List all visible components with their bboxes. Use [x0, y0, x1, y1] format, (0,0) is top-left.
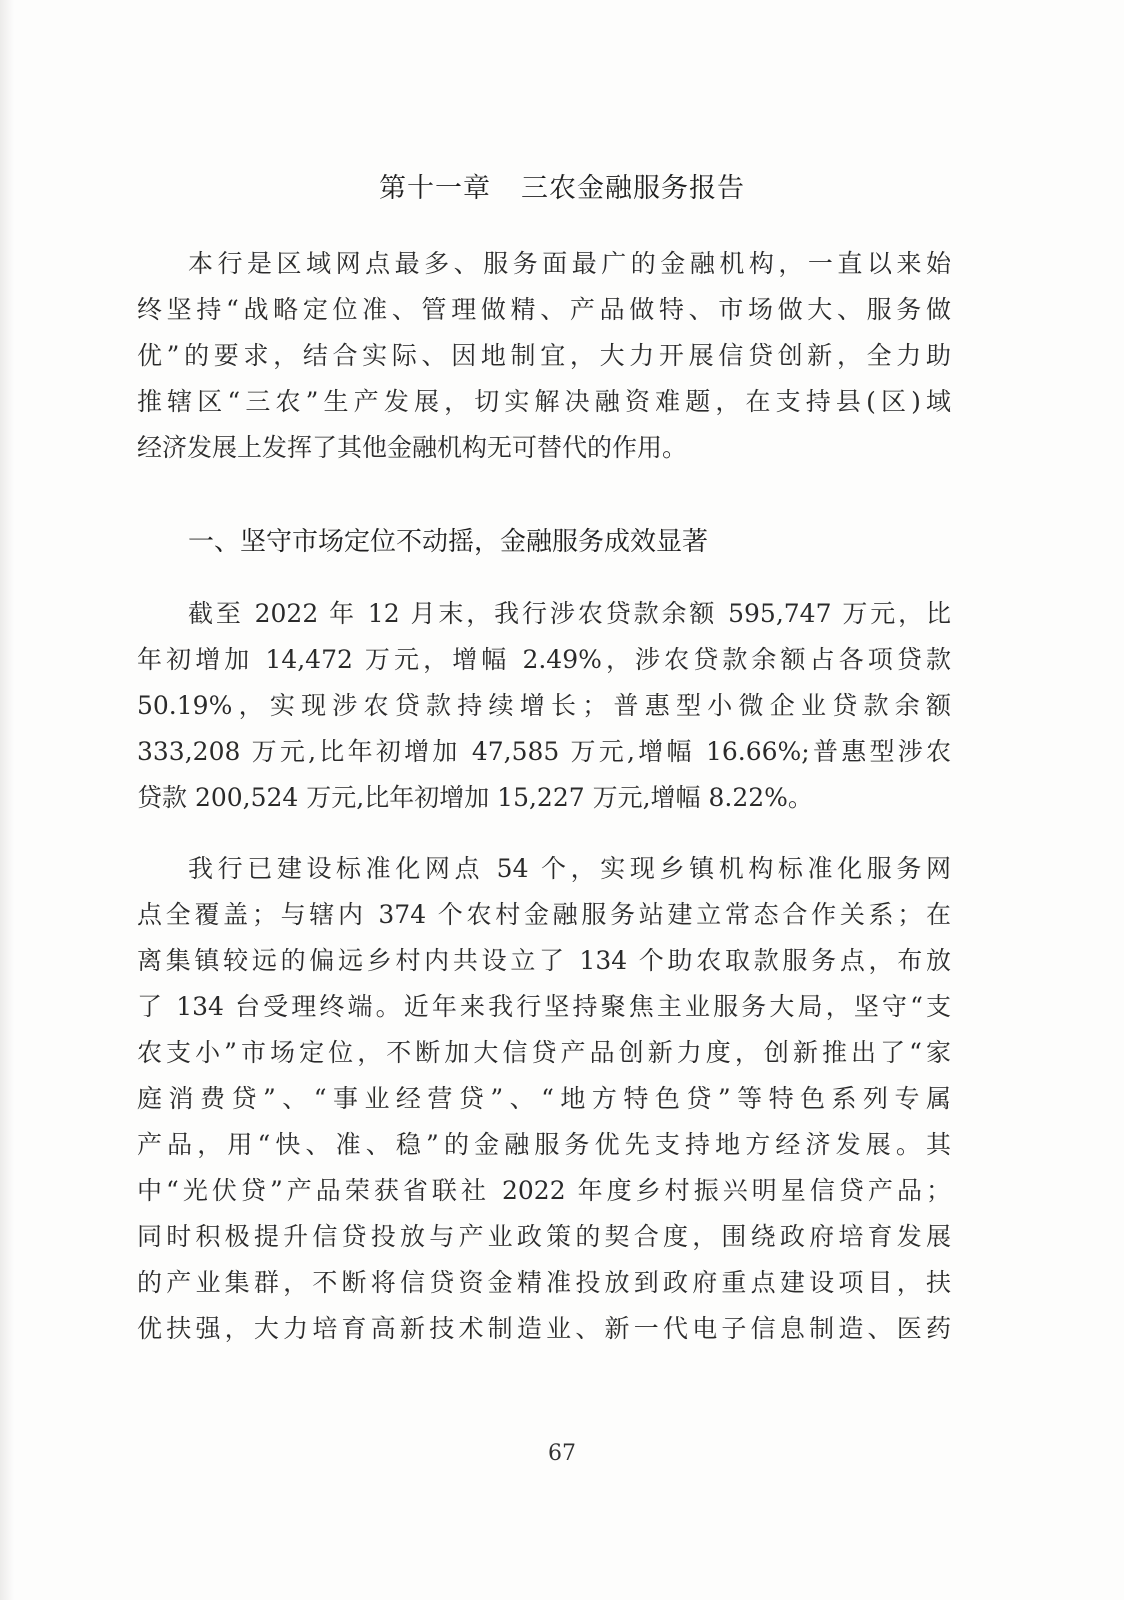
- text-line: 贷款 200,524 万元,比年初增加 15,227 万元,增幅 8.22%。: [137, 781, 951, 815]
- text-line: 年初增加 14,472 万元，增幅 2.49%，涉农贷款余额占各项贷款: [137, 643, 951, 677]
- scan-page-edge: [0, 0, 14, 1600]
- text-line: 终坚持“战略定位准、管理做精、产品做特、市场做大、服务做: [137, 293, 951, 327]
- chapter-number: 第十一章: [379, 173, 491, 204]
- text-line: 同时积极提升信贷投放与产业政策的契合度，围绕政府培育发展: [137, 1220, 951, 1254]
- chapter-name: 三农金融服务报告: [521, 173, 745, 204]
- text-line: 截至 2022 年 12 月末，我行涉农贷款余额 595,747 万元，比: [188, 597, 951, 631]
- text-line: 优扶强，大力培育高新技术制造业、新一代电子信息制造、医药: [137, 1312, 951, 1346]
- text-line: 了 134 台受理终端。近年来我行坚持聚焦主业服务大局，坚守“支: [137, 990, 951, 1024]
- text-line: 我行已建设标准化网点 54 个，实现乡镇机构标准化服务网: [188, 852, 951, 886]
- text-line: 的产业集群，不断将信贷资金精准投放到政府重点建设项目，扶: [137, 1266, 951, 1300]
- text-line: 点全覆盖；与辖内 374 个农村金融服务站建立常态合作关系；在: [137, 898, 951, 932]
- text-line: 产品，用“快、准、稳”的金融服务优先支持地方经济发展。其: [137, 1128, 951, 1162]
- text-line: 333,208 万元,比年初增加 47,585 万元,增幅 16.66%;普惠型…: [137, 735, 951, 769]
- text-line: 庭消费贷”、“事业经营贷”、“地方特色贷”等特色系列专属: [137, 1082, 951, 1116]
- text-line: 推辖区“三农”生产发展，切实解决融资难题，在支持县(区)域: [137, 385, 951, 419]
- text-line: 优”的要求，结合实际、因地制宜，大力开展信贷创新，全力助: [137, 339, 951, 373]
- section-heading: 一、坚守市场定位不动摇，金融服务成效显著: [188, 525, 708, 559]
- chapter-title: 第十一章三农金融服务报告: [0, 166, 1124, 205]
- text-line: 经济发展上发挥了其他金融机构无可替代的作用。: [137, 431, 951, 465]
- page-number: 67: [0, 1441, 1124, 1466]
- text-line: 50.19%，实现涉农贷款持续增长；普惠型小微企业贷款余额: [137, 689, 951, 723]
- text-line: 离集镇较远的偏远乡村内共设立了 134 个助农取款服务点，布放: [137, 944, 951, 978]
- text-line: 中“光伏贷”产品荣获省联社 2022 年度乡村振兴明星信贷产品；: [137, 1174, 951, 1208]
- text-line: 农支小”市场定位，不断加大信贷产品创新力度，创新推出了“家: [137, 1036, 951, 1070]
- text-line: 本行是区域网点最多、服务面最广的金融机构，一直以来始: [188, 247, 951, 281]
